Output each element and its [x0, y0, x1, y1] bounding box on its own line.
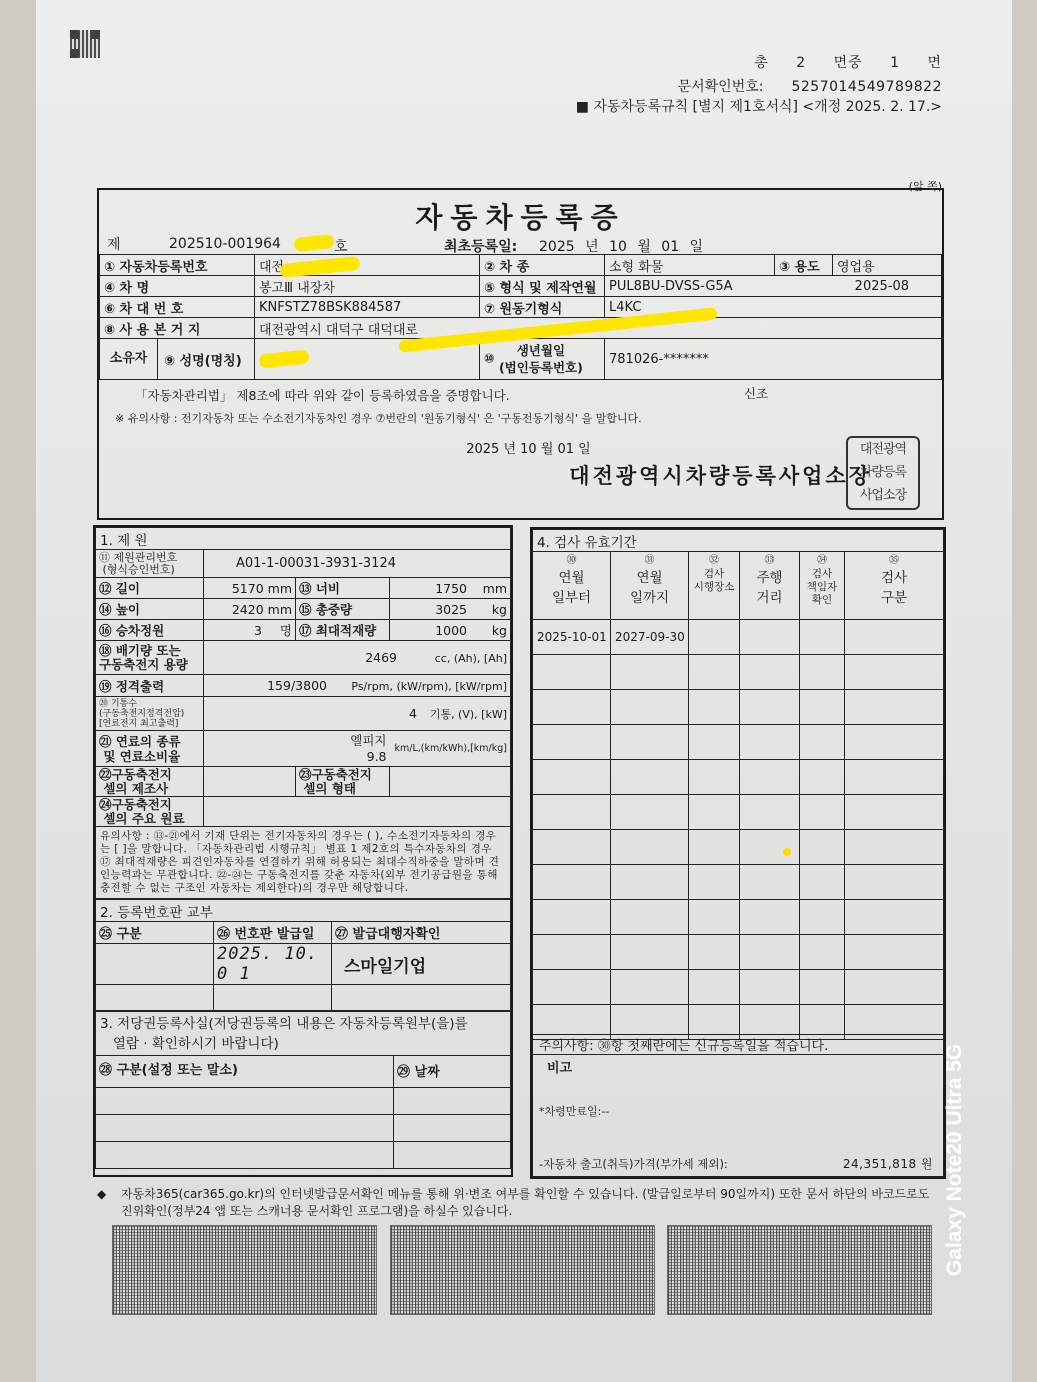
- certification-block: 「자동차관리법」 제8조에 따라 위와 같이 등록하였음을 증명합니다. 신조 …: [99, 380, 942, 500]
- section-inspection-title: 4. 검사 유효기간: [533, 530, 944, 552]
- inspection-col-header: ㉛연월일까지: [611, 552, 689, 620]
- new-vehicle-label: 신조: [744, 384, 768, 402]
- section-plate-title: 2. 등록번호판 교부: [96, 900, 511, 922]
- price-value: 24,351,818 원: [843, 1155, 933, 1172]
- length-value: 5170 mm: [204, 578, 296, 599]
- qr-code: [70, 30, 100, 58]
- inspection-panel: 4. 검사 유효기간 ㉚연월일부터㉛연월일까지㉜검사시행장소㉝주행거리㉞검사책임…: [530, 527, 946, 1179]
- barcode-3: [667, 1225, 932, 1315]
- payload-value: 1000kg: [390, 620, 511, 641]
- inspection-col-header: ㉚연월일부터: [533, 552, 611, 620]
- vehicle-type: 소형 화물: [605, 255, 775, 276]
- cell-form-value: [390, 767, 511, 797]
- marker-dot: [783, 848, 791, 856]
- width-value: 1750mm: [390, 578, 511, 599]
- registration-number-row: 제 202510-001964 호 최초등록일: 2025 년 10 월 01 …: [99, 234, 942, 254]
- inspection-col-header: ㉝주행거리: [740, 552, 800, 620]
- agent-stamp: 스마일기업: [332, 944, 511, 985]
- birth-date: 781026-*******: [605, 339, 942, 380]
- table-row: [533, 760, 944, 795]
- table-row: [533, 900, 944, 935]
- seats-value: 3명: [204, 620, 296, 641]
- model-and-date: PUL8BU-DVSS-G5A2025-08: [605, 276, 942, 297]
- table-row: [96, 985, 511, 1011]
- specs-table: 1. 제 원 ⑪ 제원관리번호 (형식승인번호) A01-1-00031-393…: [95, 527, 511, 899]
- remarks-label: 비고: [539, 1061, 572, 1076]
- vehicle-age-expiry: *차령만료일:--: [539, 1103, 609, 1119]
- table-row: [533, 690, 944, 725]
- redaction-mark: [293, 234, 334, 252]
- official-seal-icon: 대전광역차량등록사업소장: [846, 436, 920, 510]
- inspection-col-header: ㉜검사시행장소: [689, 552, 740, 620]
- displacement-value: 2469cc, (Ah), [Ah]: [204, 641, 511, 675]
- vin-number: KNFSTZ78BSK884587: [255, 297, 480, 318]
- vehicle-name: 봉고Ⅲ 내장차: [255, 276, 480, 297]
- registration-number: 202510-001964: [169, 236, 281, 252]
- doc-check-number: 문서확인번호:5257014549789822: [678, 76, 942, 96]
- table-row: [533, 935, 944, 970]
- inspection-table: 4. 검사 유효기간 ㉚연월일부터㉛연월일까지㉜검사시행장소㉝주행거리㉞검사책임…: [532, 529, 944, 1040]
- inspection-remarks: 주의사항: ㉚항 첫째란에는 신규등록일을 적습니다. 비고 *차령만료일:--…: [532, 1034, 944, 1177]
- plate-issue-table: 2. 등록번호판 교부 ㉕ 구분 ㉖ 번호판 발급일 ㉗ 발급대행자확인 202…: [95, 899, 511, 1011]
- table-row: [533, 655, 944, 690]
- section-mortgage-title: 3. 저당권등록사실(저당권등록의 내용은 자동차등록원부(을)를 열람 · 확…: [96, 1012, 511, 1056]
- table-row: [533, 795, 944, 830]
- address: 대전광역시 대덕구 대덕대로: [255, 318, 942, 339]
- power-value: 159/3800Ps/rpm, (kW/rpm), [kW/rpm]: [204, 675, 511, 697]
- section-specs-title: 1. 제 원: [96, 528, 511, 550]
- height-value: 2420 mm: [204, 599, 296, 620]
- document-title: 자동차등록증: [99, 190, 942, 234]
- camera-watermark: Galaxy Note20 Ultra 5G: [940, 1005, 970, 1315]
- vehicle-use: 영업용: [833, 255, 942, 276]
- cell-material-value: [204, 797, 511, 827]
- table-row: [533, 830, 944, 865]
- diamond-bullet-icon: ◆: [97, 1186, 106, 1203]
- table-row: [533, 970, 944, 1005]
- first-registration-date: 2025 년 10 월 01 일: [539, 236, 703, 256]
- certify-text: 「자동차관리법」 제8조에 따라 위와 같이 등록하였음을 증명합니다.: [115, 386, 942, 404]
- table-row: [96, 1142, 511, 1169]
- caution-text: ※ 유의사항 : 전기자동차 또는 수소전기자동차인 경우 ⑦번란의 '원동기형…: [115, 410, 942, 426]
- table-row: [96, 1115, 511, 1142]
- issue-date: 2025 년 10 월 01 일: [115, 438, 942, 457]
- page-count: 총 2 면중 1 면: [754, 52, 942, 72]
- specifications-panel: 1. 제 원 ⑪ 제원관리번호 (형식승인번호) A01-1-00031-393…: [93, 525, 513, 1177]
- table-row: [533, 725, 944, 760]
- price-label: -자동차 출고(취득)가격(부가세 제외):: [539, 1156, 728, 1172]
- inspection-col-header: ㉟검사구분: [845, 552, 944, 620]
- inspection-caution: 주의사항: ㉚항 첫째란에는 신규등록일을 적습니다.: [533, 1035, 944, 1055]
- registration-certificate: 자동차등록증 제 202510-001964 호 최초등록일: 2025 년 1…: [97, 188, 944, 520]
- table-row: [96, 1088, 511, 1115]
- vehicle-info-table: ① 자동차등록번호 대전 ② 차 종 소형 화물 ③ 용도 영업용 ④ 차 명 …: [99, 254, 942, 380]
- cylinders-value: 4기통, (V), [kW]: [204, 697, 511, 731]
- cell-maker-value: [204, 767, 296, 797]
- inspection-col-header: ㉞검사책임자확인: [800, 552, 845, 620]
- fuel-value: 엘피지9.8 km/L,(km/kWh),[km/kg]: [204, 731, 511, 767]
- issuer: 대전광역시차량등록사업소장: [569, 460, 872, 490]
- plate-issue-date: 2025. 10. 0 1: [214, 944, 332, 985]
- redaction-mark: [258, 349, 309, 368]
- form-reference: ■ 자동차등록규칙 [별지 제1호서식] <개정 2025. 2. 17.>: [576, 96, 942, 116]
- table-row: [533, 865, 944, 900]
- table-row: 2025-10-012027-09-30: [533, 620, 944, 655]
- table-row: 2025. 10. 0 1 스마일기업: [96, 944, 511, 985]
- spec-number: A01-1-00031-3931-3124: [204, 550, 511, 578]
- plate-number: 대전: [255, 255, 480, 276]
- barcode-1: [112, 1225, 377, 1315]
- specs-note: 유의사항 : ⑬-㉑에서 기재 단위는 전기자동차의 경우는 ( ), 수소전기…: [96, 827, 511, 899]
- gross-weight-value: 3025kg: [390, 599, 511, 620]
- footer-note: ◆ 자동차365(car365.go.kr)의 인터넷발급문서확인 메뉴를 통해…: [97, 1186, 942, 1220]
- mortgage-table: 3. 저당권등록사실(저당권등록의 내용은 자동차등록원부(을)를 열람 · 확…: [95, 1011, 511, 1169]
- barcode-2: [390, 1225, 655, 1315]
